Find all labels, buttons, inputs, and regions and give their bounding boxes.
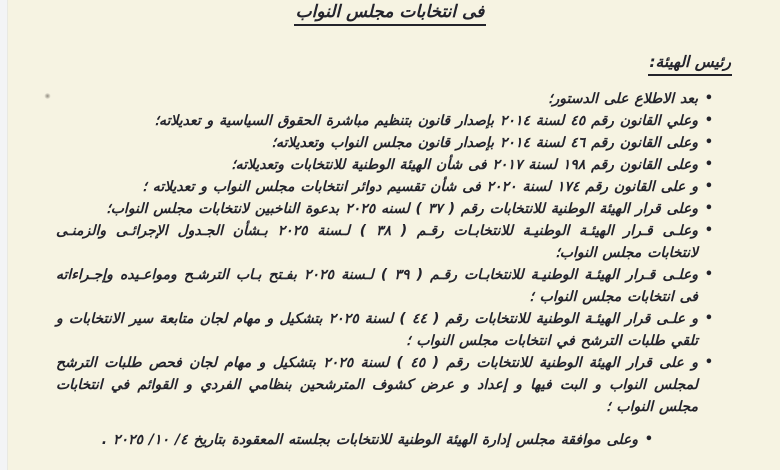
document-title-text: فى انتخابات مجلس النواب — [294, 0, 487, 26]
bullet-list: •بعد الاطلاع على الدستور؛•وعلي القانون ر… — [56, 88, 714, 451]
bullet-item: •وعلـى قـرار الهيئـة الوطنيـة للانتخابـا… — [56, 220, 714, 264]
bullet-dot-icon: • — [705, 352, 713, 374]
bullet-item-text: وعلـى قـرار الهيئـة الوطنيـة للانتخابـات… — [56, 223, 698, 261]
bullet-item: •بعد الاطلاع على الدستور؛ — [56, 88, 714, 110]
bullet-item: •و على القانون رقم ١٧٤ لسنة ٢٠٢٠ فى شأن … — [56, 176, 714, 198]
bullet-dot-icon: • — [705, 88, 713, 110]
bullet-item-text: وعلى قرار الهيئة الوطنية للانتخابات رقم … — [106, 201, 698, 217]
bullet-item: •و علـى قرار الهيئـة الوطنية للانتخابات … — [56, 308, 714, 352]
bullet-item-text: وعلى القانون رقم ١٩٨ لسنة ٢٠١٧ فى شأن ال… — [231, 157, 698, 173]
bullet-dot-icon: • — [705, 220, 713, 242]
bullet-item: •وعلى موافقة مجلس إدارة الهيئة الوطنية ل… — [56, 429, 714, 451]
bullet-item: •وعلي القانون رقم ٤٥ لسنة ٢٠١٤ بإصدار قا… — [56, 110, 714, 132]
bullet-dot-icon: • — [705, 110, 713, 132]
bullet-dot-icon: • — [705, 132, 713, 154]
bullet-item: •وعلى القانون رقم ٤٦ لسنة ٢٠١٤ بإصدار قا… — [56, 132, 714, 154]
bullet-item-text: وعلـى قـرار الهيئـة الوطنيـة للانتخابـات… — [56, 267, 698, 305]
bullet-item-text: و علـى قرار الهيئـة الوطنية للانتخابات ر… — [56, 311, 698, 349]
section-heading: رئيس الهيئة: — [648, 50, 732, 76]
bullet-dot-icon: • — [645, 429, 653, 451]
bullet-dot-icon: • — [705, 198, 713, 220]
scan-edge-strip — [0, 0, 8, 470]
bullet-item: •وعلى قرار الهيئة الوطنية للانتخابات رقم… — [56, 198, 714, 220]
bullet-item-text: و على القانون رقم ١٧٤ لسنة ٢٠٢٠ فى شأن ت… — [142, 179, 698, 195]
bullet-item-text: وعلي القانون رقم ٤٥ لسنة ٢٠١٤ بإصدار قان… — [155, 113, 698, 129]
document-page: فى انتخابات مجلس النواب رئيس الهيئة: •بع… — [0, 0, 780, 470]
bullet-item-text: و على قرار الهيئة الوطنية للانتخابات رقم… — [56, 355, 698, 415]
scan-speck — [44, 93, 51, 99]
bullet-dot-icon: • — [705, 264, 713, 286]
bullet-item-text: وعلى القانون رقم ٤٦ لسنة ٢٠١٤ بإصدار قان… — [272, 135, 698, 151]
bullet-item: •وعلـى قـرار الهيئـة الوطنيـة للانتخابـا… — [56, 264, 714, 308]
bullet-dot-icon: • — [705, 308, 713, 330]
bullet-item: •وعلى القانون رقم ١٩٨ لسنة ٢٠١٧ فى شأن ا… — [56, 154, 714, 176]
bullet-item-text: بعد الاطلاع على الدستور؛ — [548, 91, 698, 107]
bullet-item-text: وعلى موافقة مجلس إدارة الهيئة الوطنية لل… — [102, 432, 638, 448]
bullet-dot-icon: • — [705, 154, 713, 176]
bullet-dot-icon: • — [705, 176, 713, 198]
document-title: فى انتخابات مجلس النواب — [0, 0, 780, 26]
bullet-item: •و على قرار الهيئة الوطنية للانتخابات رق… — [56, 352, 714, 418]
